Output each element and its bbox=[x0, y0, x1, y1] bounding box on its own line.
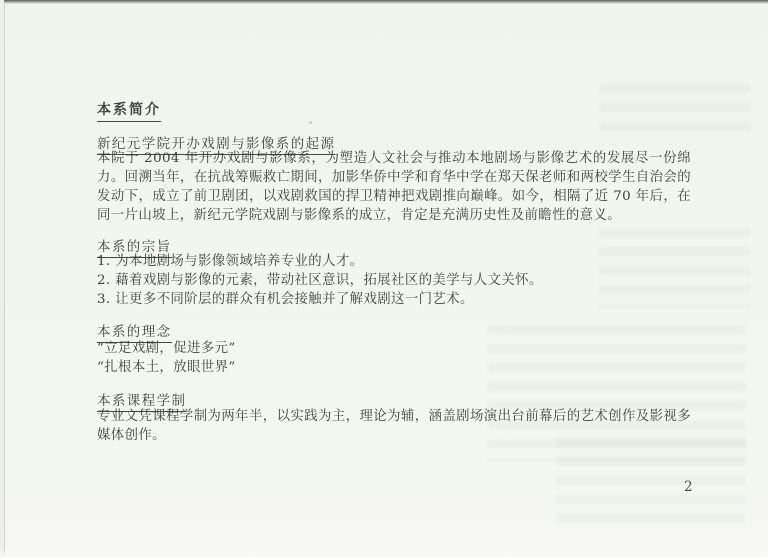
scan-edge-top bbox=[0, 0, 768, 4]
list-item: 3. 让更多不同阶层的群众有机会接触并了解戏剧这一门艺术。 bbox=[97, 290, 691, 309]
quote-line: “扎根本土，放眼世界” bbox=[97, 358, 691, 377]
page-number: 2 bbox=[684, 479, 693, 495]
list-item: 1. 为本地剧场与影像领域培养专业的人才。 bbox=[97, 252, 691, 271]
section-list-purpose: 1. 为本地剧场与影像领域培养专业的人才。 2. 藉着戏剧与影像的元素，带动社区… bbox=[97, 252, 691, 309]
quote-line: “立足戏剧，促进多元” bbox=[97, 339, 691, 358]
scan-edge-bottom bbox=[0, 549, 768, 558]
page-title: 本系简介 bbox=[97, 99, 691, 122]
section-body-origin: 本院于 2004 年开办戏剧与影像系，为塑造人文社会与推动本地剧场与影像艺术的发… bbox=[97, 149, 691, 225]
scanned-document-page: 本系简介 新纪元学院开办戏剧与影像系的起源 本院于 2004 年开办戏剧与影像系… bbox=[0, 0, 768, 558]
page-title-text: 本系简介 bbox=[97, 99, 161, 122]
list-item: 2. 藉着戏剧与影像的元素，带动社区意识，拓展社区的美学与人文关怀。 bbox=[97, 271, 691, 290]
section-quotes-concept: “立足戏剧，促进多元” “扎根本土，放眼世界” bbox=[97, 339, 691, 377]
bleed-through-artifact bbox=[556, 438, 746, 532]
scan-edge-left-line bbox=[4, 2, 5, 558]
section-body-duration: 专业文凭课程学制为两年半，以实践为主，理论为辅，涵盖剧场演出台前幕后的艺术创作及… bbox=[97, 407, 691, 445]
